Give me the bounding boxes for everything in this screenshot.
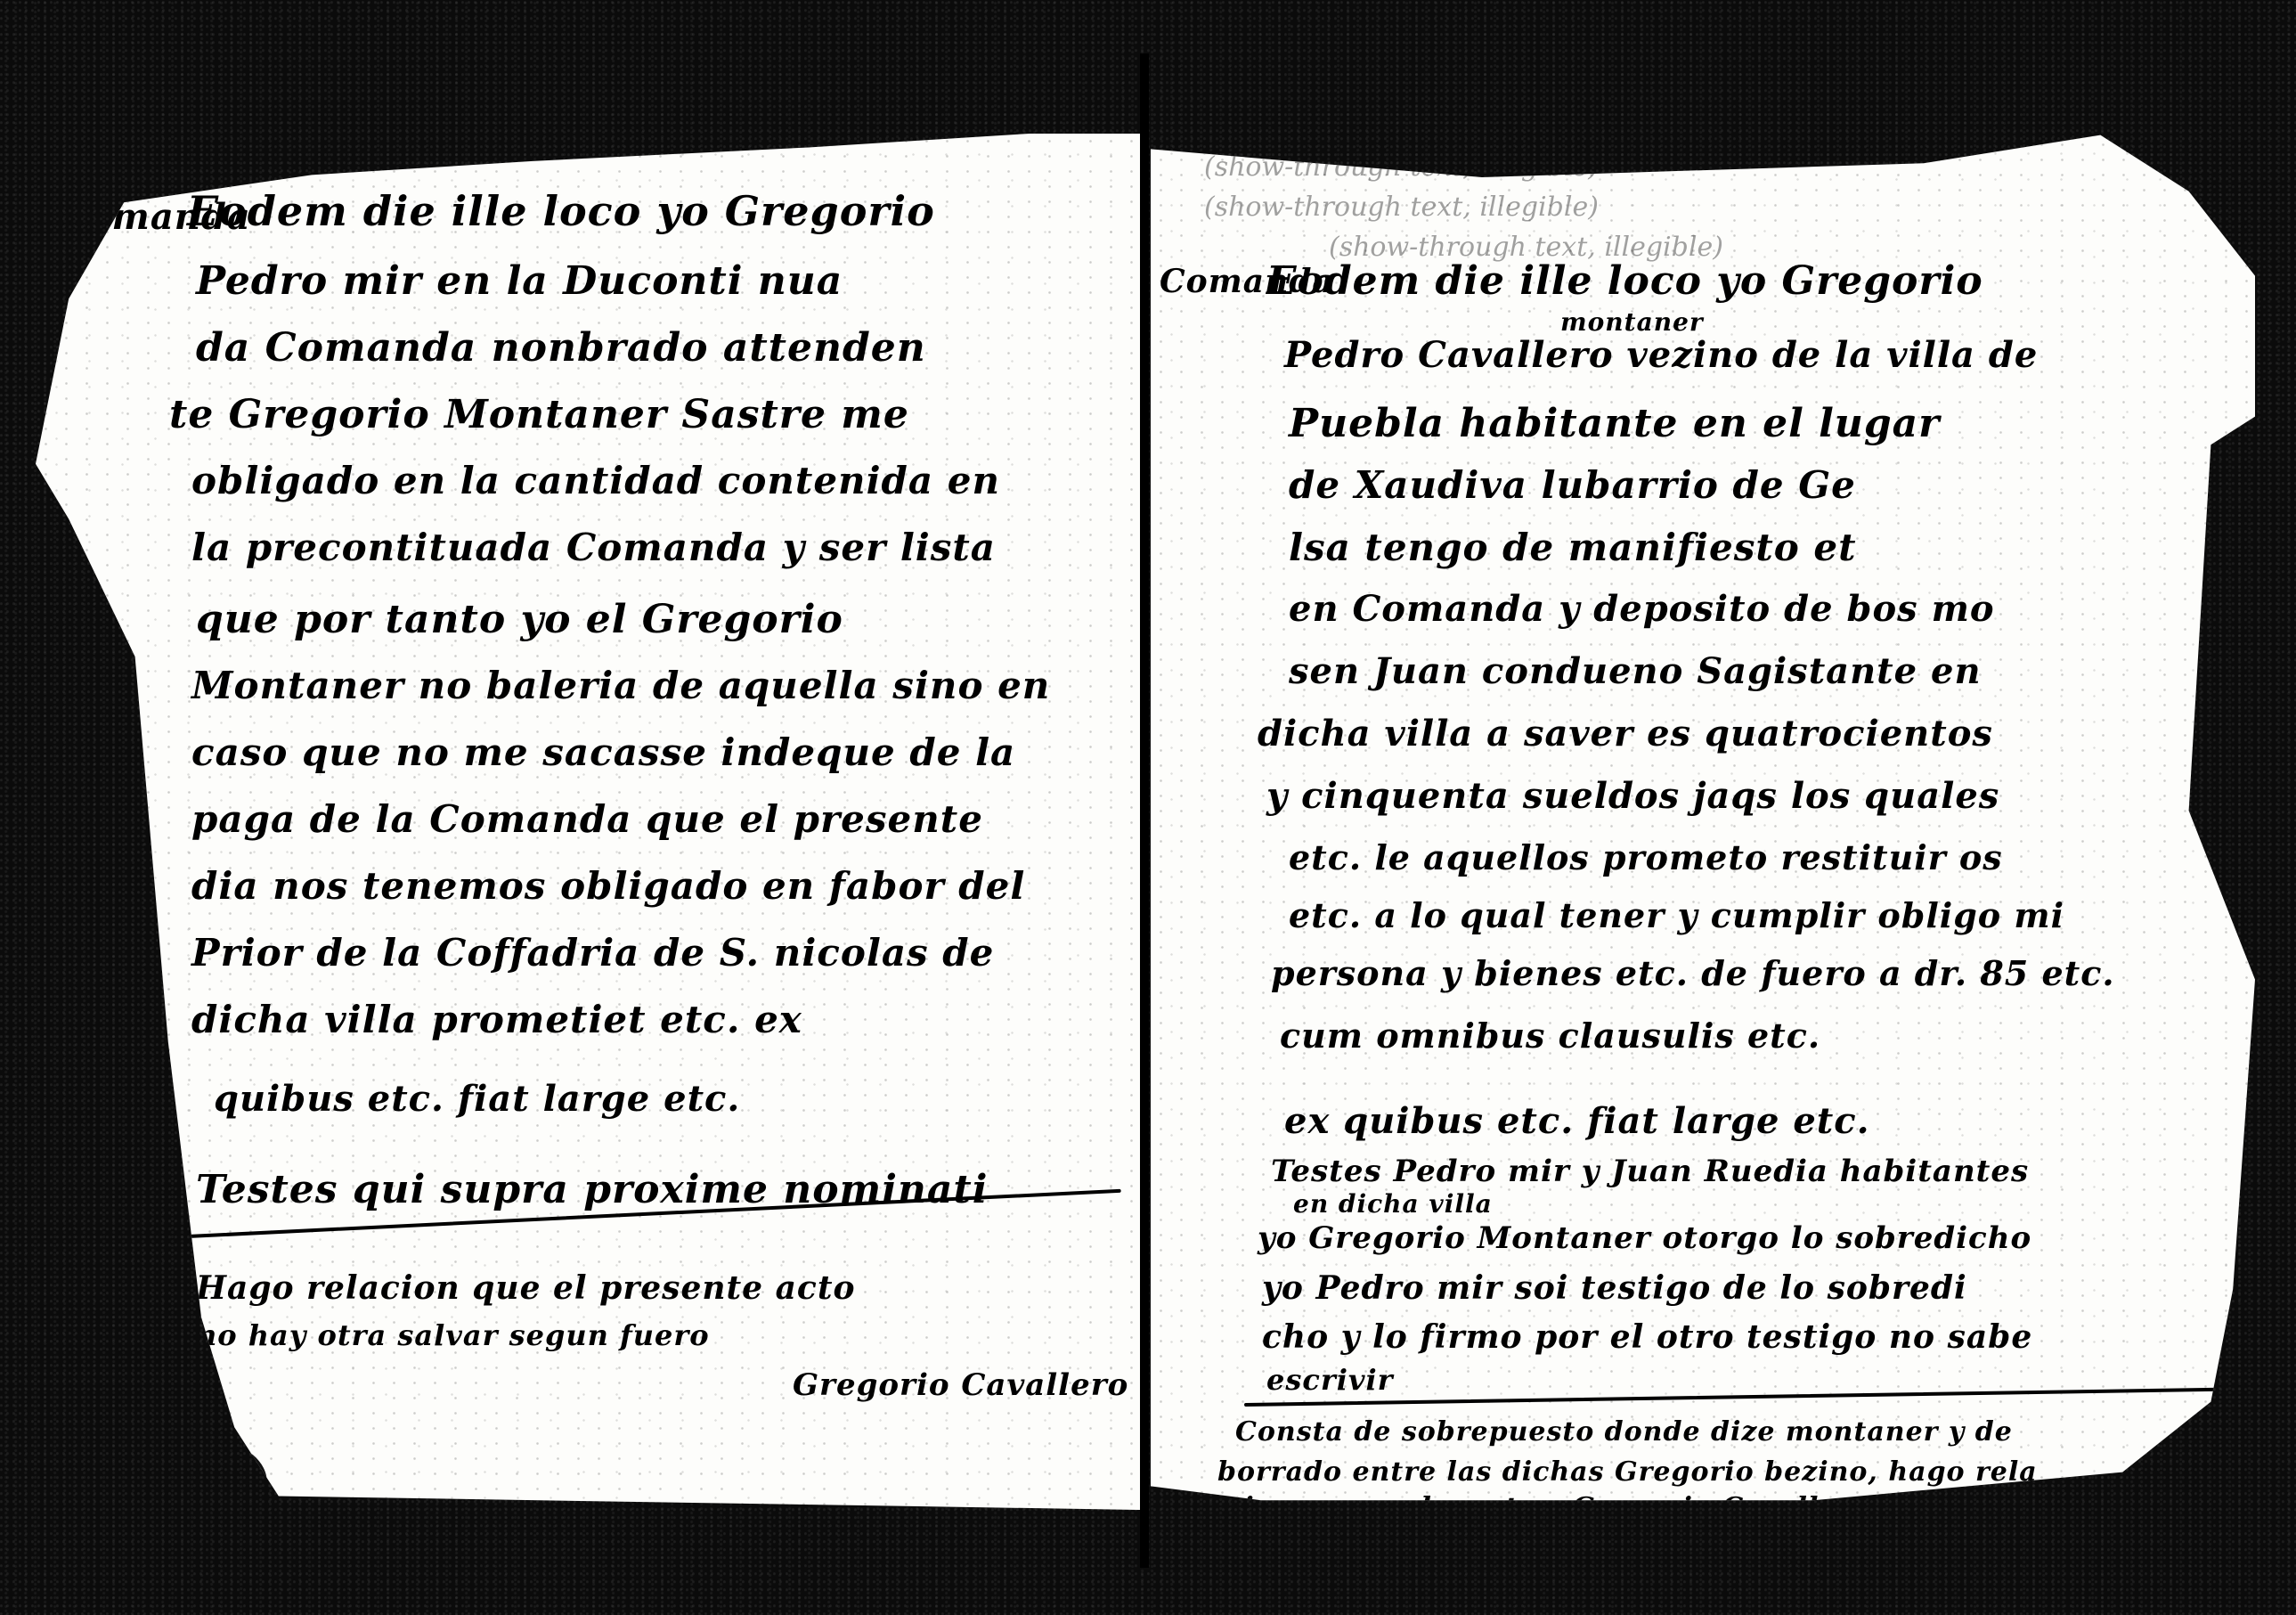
manuscript-line: persona y bienes etc. de fuero a dr. 85 … [1271,953,2115,993]
manuscript-line: escrivir [1266,1363,1393,1397]
manuscript-line: da Comanda nonbrado attenden [196,325,926,371]
manuscript-line: Eodem die ille loco yo Gregorio [187,187,935,235]
manuscript-line: dicha villa prometiet etc. ex [191,998,802,1041]
manuscript-line: paga de la Comanda que el presente [191,797,983,841]
manuscript-line: la precontituada Comanda y ser lista [191,526,996,569]
notary-note: no hay otra salvar segun fuero [196,1318,710,1352]
manuscript-line: Pedro mir en la Duconti nua [196,258,843,304]
right-page: 41 (show-through text, illegible) (show-… [1151,107,2255,1514]
manuscript-line: yo Gregorio Montaner otorgo lo sobredich… [1258,1220,2031,1256]
manuscript-line: ex quibus etc. fiat large etc. [1284,1100,1870,1142]
book-gutter [1140,53,1149,1568]
notary-note: Hago relacion que el presente acto [196,1269,855,1307]
manuscript-line: caso que no me sacasse indeque de la [191,730,1015,774]
manuscript-line: te Gregorio Montaner Sastre me [169,392,909,437]
manuscript-line: que por tanto yo el Gregorio [196,597,843,642]
manuscript-line: etc. le aquellos prometo restituir os [1289,837,2003,877]
manuscript-line: en dicha villa [1293,1189,1493,1219]
manuscript-line: Testes qui supra proxime nominati [196,1167,988,1212]
manuscript-line: quibus etc. fiat large etc. [214,1078,740,1120]
manuscript-line: lsa tengo de manifiesto et [1289,526,1857,569]
manuscript-line: yo Pedro mir soi testigo de lo sobredi [1262,1269,1967,1307]
manuscript-line: dia nos tenemos obligado en fabor del [191,864,1025,908]
interlinear-insertion: montaner [1560,307,1704,337]
show-through-text: (show-through text, illegible) [1204,192,1599,223]
manuscript-line: sen Juan condueno Sagistante en [1289,650,1982,692]
manuscript-line: Pedro Cavallero vezino de la villa de [1284,334,2038,376]
manuscript-line: en Comanda y deposito de bos mo [1289,588,1995,630]
manuscript-line: etc. a lo qual tener y cumplir obligo mi [1289,895,2064,935]
manuscript-line: dicha villa a saver es quatrocientos [1258,713,1993,754]
manuscript-line: cum omnibus clausulis etc. [1280,1015,1820,1056]
divider-rule [1244,1387,2242,1407]
notary-note: Consta de sobrepuesto donde dize montane… [1235,1416,2013,1448]
manuscript-line: cho y lo firmo por el otro testigo no sa… [1262,1318,2032,1356]
left-page: Comanda Eodem die ille loco yo Gregorio … [36,134,1140,1510]
manuscript-line: Montaner no baleria de aquella sino en [191,664,1050,707]
manuscript-line: obligado en la cantidad contenida en [191,459,1000,502]
manuscript-line: Eodem die ille loco yo Gregorio [1266,258,1983,304]
manuscript-line: Puebla habitante en el lugar [1289,401,1940,446]
manuscript-line: Testes Pedro mir y Juan Ruedia habitante… [1271,1154,2029,1189]
notary-note: borrado entre las dichas Gregorio bezino… [1217,1456,2038,1488]
notary-signature: Gregorio Cavallero notario [793,1367,1140,1403]
manuscript-line: y cinquenta sueldos jaqs los quales [1266,775,1999,817]
manuscript-line: Prior de la Coffadria de S. nicolas de [191,931,994,975]
manuscript-line: de Xaudiva lubarrio de Ge [1289,463,1856,507]
